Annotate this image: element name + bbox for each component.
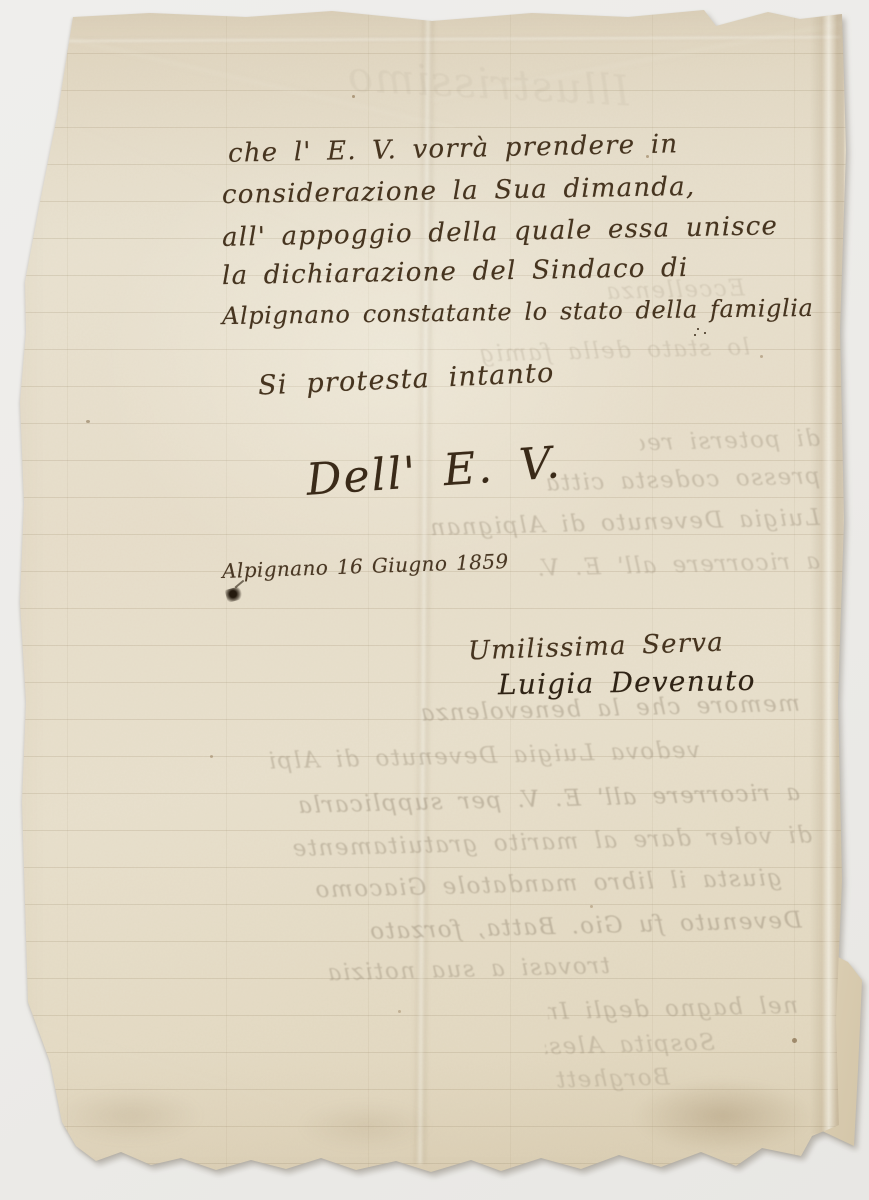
paper-shadow: Illustrissimo Eccellenza lo stato della …	[0, 0, 869, 1200]
scanned-letter-canvas: Illustrissimo Eccellenza lo stato della …	[0, 0, 869, 1200]
bleedthrough-line: Illustrissimo	[299, 49, 631, 115]
closing-line: Si protesta intanto	[257, 358, 555, 402]
foxing-speck	[792, 1038, 797, 1043]
valediction: Dell' E. V.	[305, 437, 564, 506]
ink-dot	[697, 328, 699, 330]
bleedthrough-line: a ricorrere all' E. V.	[470, 548, 821, 583]
ink-blot	[225, 586, 244, 603]
bleedthrough-line: giusta il libro mandatole Giacomo	[252, 865, 782, 905]
fold-crease-horizontal-top	[28, 34, 840, 44]
bleedthrough-line: Sospita Alessandria	[545, 1030, 716, 1060]
bleedthrough-line: vedova Luigia Devenuto di Alpignano	[270, 737, 701, 774]
bleedthrough-line: nel bagno degli Invalidi	[548, 993, 799, 1026]
foxing-speck	[398, 1010, 401, 1013]
stain	[635, 1080, 810, 1152]
crease-diagonal-lower-left	[27, 1018, 285, 1106]
crease-diagonal-left	[44, 30, 455, 130]
stain	[298, 1102, 433, 1150]
ink-dot	[704, 332, 706, 334]
bleedthrough-line: di voler dare al marito gratuitamente	[232, 822, 812, 863]
stain	[58, 1088, 203, 1143]
foxing-speck	[352, 95, 355, 98]
bleedthrough-line: a ricorrere all' E. V. per supplicarla	[250, 780, 800, 820]
foxing-speck	[590, 905, 593, 908]
ink-dot	[694, 334, 696, 336]
bleedthrough-line: Borghetto	[555, 1064, 671, 1093]
bleedthrough-line: di potersi recare	[640, 426, 821, 457]
bleedthrough-line: Luigia Devenuto di Alpignano	[430, 505, 821, 541]
dateline: Alpignano 16 Giugno 1859	[222, 549, 509, 583]
body-line: all' appoggio della quale essa unisce	[222, 211, 779, 253]
signature-role: Umilissima Serva	[468, 628, 725, 667]
body-line: che l' E. V. vorrà prendere in	[228, 129, 679, 168]
body-line: Alpignano constatante lo stato della fam…	[222, 294, 814, 330]
crease-diagonal-right	[431, 20, 845, 102]
letter-paper: Illustrissimo Eccellenza lo stato della …	[0, 0, 869, 1200]
bleedthrough-line: trovasi a sua notizia	[300, 953, 611, 987]
body-line: considerazione la Sua dimanda,	[222, 172, 696, 210]
bleedthrough-line: Devenuto fu Gio. Batta, forzato	[232, 908, 802, 949]
foxing-speck	[86, 420, 90, 423]
foxing-speck	[760, 355, 763, 358]
body-line: la dichiarazione del Sindaco di	[222, 253, 689, 291]
signature-name: Luigia Devenuto	[498, 664, 756, 701]
foxing-speck	[210, 755, 213, 758]
